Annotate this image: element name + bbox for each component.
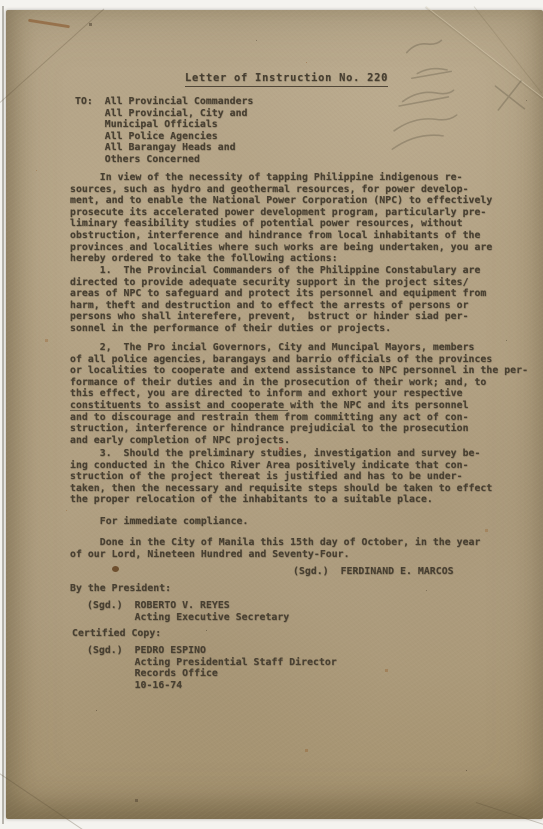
signature-marcos: (Sgd.) FERDINAND E. MARCOS xyxy=(293,566,454,578)
certified-copy-label: Certified Copy: xyxy=(72,628,161,640)
crease-bottom-left xyxy=(0,772,89,829)
crease-top-right-2 xyxy=(474,6,543,93)
by-president-line: By the President: xyxy=(70,583,171,595)
pencil-scribble-marks xyxy=(384,28,543,158)
signature-reyes: (Sgd.) ROBERTO V. REYES Acting Executive… xyxy=(87,600,289,623)
crease-top-left xyxy=(0,8,104,102)
rust-mark xyxy=(28,19,70,29)
stray-underline-mark xyxy=(70,410,288,411)
date-line: Done in the City of Manila this 15th day… xyxy=(70,537,480,560)
compliance-line: For immediate compliance. xyxy=(70,516,248,528)
paragraph-1: 1. The Provincial Commanders of the Phil… xyxy=(70,265,486,335)
paragraph-2: 2, The Pro incial Governors, City and Mu… xyxy=(70,342,528,446)
crease-bottom-right xyxy=(476,802,543,829)
document-title: Letter of Instruction No. 220 xyxy=(185,73,388,87)
crease-top-right xyxy=(426,6,543,115)
signature-espino: (Sgd.) PEDRO ESPINO Acting Presidential … xyxy=(87,645,337,691)
ink-blot xyxy=(112,566,119,572)
paragraph-3: 3. Should the preliminary studies, inves… xyxy=(70,448,492,506)
dust-speckles xyxy=(6,10,7,11)
recipients-block: TO: All Provincial Commanders All Provin… xyxy=(75,96,253,166)
paragraph-intro: In view of the necessity of tapping Phil… xyxy=(70,172,492,265)
scanned-letter-page: Letter of Instruction No. 220 TO: All Pr… xyxy=(0,0,543,829)
